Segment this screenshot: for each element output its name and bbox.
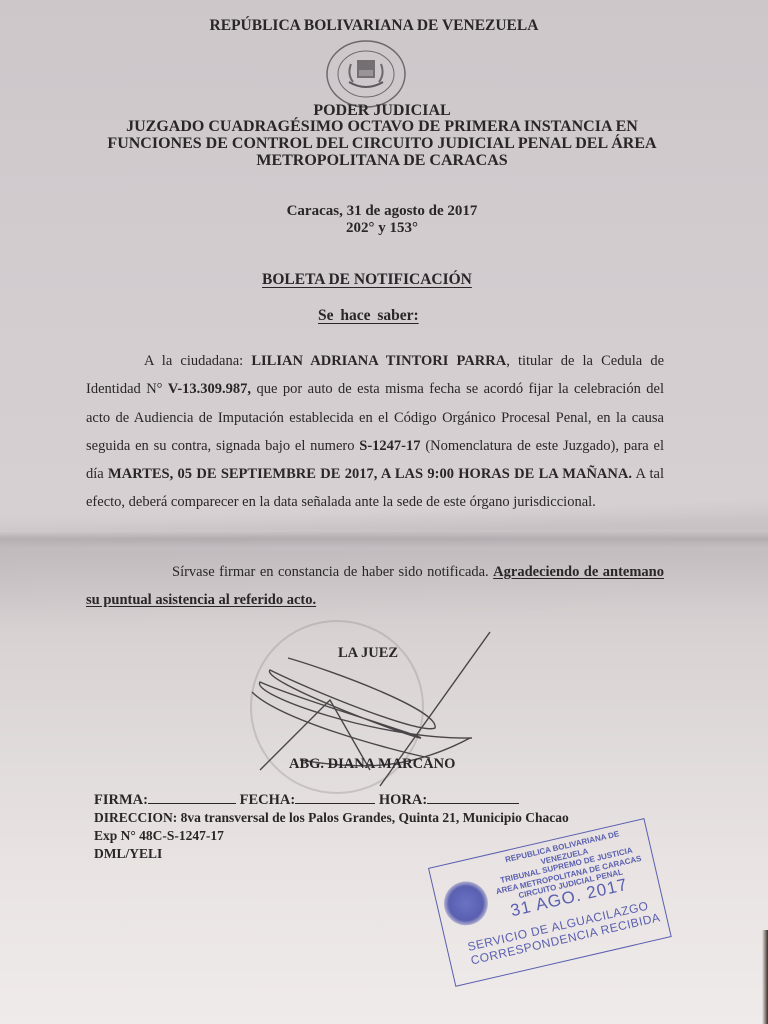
- document-title: BOLETA DE NOTIFICACIÓN: [262, 271, 472, 289]
- expedient-number: Exp N° 48C-S-1247-17: [94, 828, 224, 844]
- court-heading-line-1: JUZGADO CUADRAGÉSIMO OCTAVO DE PRIMERA I…: [0, 118, 766, 135]
- text: A la ciudadana:: [144, 353, 251, 369]
- firma-label: FIRMA:: [94, 792, 148, 808]
- initials: DML/YELI: [94, 846, 162, 862]
- sign-fields: FIRMA: FECHA: HORA:: [94, 791, 519, 809]
- address: DIRECCION: 8va transversal de los Palos …: [94, 810, 569, 826]
- paper-edge-shadow: [762, 930, 768, 1024]
- fecha-line: [295, 791, 375, 804]
- coat-of-arms-icon: [440, 877, 493, 930]
- court-heading-line-2: FUNCIONES DE CONTROL DEL CIRCUITO JUDICI…: [0, 135, 766, 152]
- case-number: S-1247-17: [359, 438, 420, 454]
- document-subtitle: Se hace saber:: [318, 307, 419, 325]
- fecha-label: FECHA:: [240, 792, 296, 808]
- recipient-name: LILIAN ADRIANA TINTORI PARRA: [251, 353, 506, 369]
- firma-line: [148, 791, 236, 804]
- hora-line: [427, 791, 519, 804]
- years: 202° y 153°: [0, 220, 766, 237]
- judge-name: ABG. DIANA MARCANO: [289, 756, 455, 773]
- tribunal-seal-icon: [325, 40, 407, 108]
- paper-fold: [0, 530, 768, 548]
- republic-heading: REPÚBLICA BOLIVARIANA DE VENEZUELA: [0, 17, 758, 35]
- notification-paragraph: A la ciudadana: LILIAN ADRIANA TINTORI P…: [86, 347, 664, 517]
- hora-label: HORA:: [379, 792, 427, 808]
- recipient-id: V-13.309.987,: [168, 381, 251, 397]
- place-date: Caracas, 31 de agosto de 2017: [0, 203, 766, 220]
- hearing-datetime: MARTES, 05 DE SEPTIEMBRE DE 2017, A LAS …: [108, 466, 632, 482]
- court-heading-line-3: METROPOLITANA DE CARACAS: [0, 152, 766, 169]
- text: Sírvase firmar en constancia de haber si…: [172, 564, 493, 580]
- closing-paragraph: Sírvase firmar en constancia de haber si…: [86, 558, 664, 615]
